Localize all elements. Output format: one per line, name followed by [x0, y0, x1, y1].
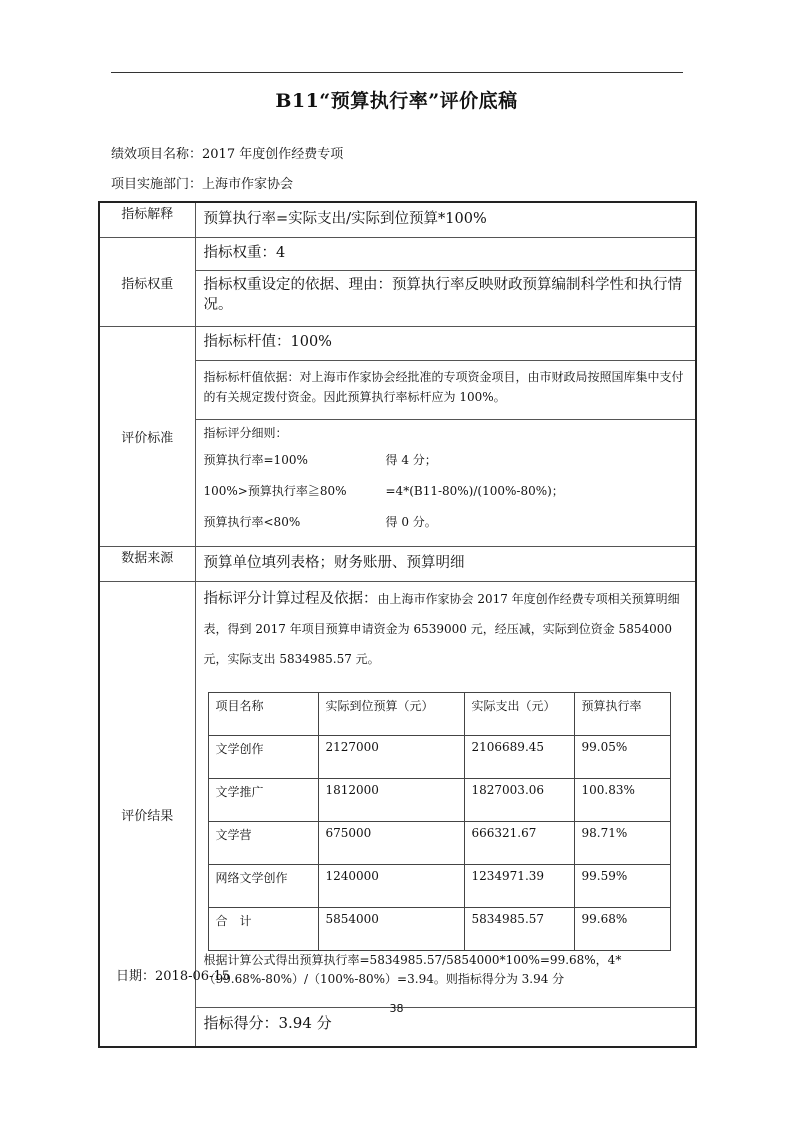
cell-project-name: 文学创作 [208, 736, 318, 779]
benchmark-value: 指标标杆值：100% [195, 327, 696, 361]
header-cell: 项目名称 [208, 693, 318, 736]
cell-rate: 98.71% [574, 822, 670, 865]
row-data-source: 数据来源 预算单位填列表格；财务账册、预算明细 [99, 547, 696, 582]
calc-paragraph: 指标评分计算过程及依据：由上海市作家协会 2017 年度创作经费专项相关预算明细… [204, 584, 688, 674]
data-source-value: 预算单位填列表格；财务账册、预算明细 [195, 547, 696, 582]
rule-condition: 预算执行率<80% [204, 513, 386, 530]
cell-budget: 675000 [318, 822, 464, 865]
rule-score: 得 4 分； [386, 451, 437, 468]
cell-rate: 99.59% [574, 865, 670, 908]
evaluation-result-body: 指标评分计算过程及依据：由上海市作家协会 2017 年度创作经费专项相关预算明细… [195, 582, 696, 1008]
scoring-rule: 预算执行率=100% 得 4 分； [204, 444, 688, 475]
cell-expenditure: 2106689.45 [464, 736, 574, 779]
page-title: B11“预算执行率”评价底稿 [0, 86, 793, 113]
header-cell: 实际支出（元） [464, 693, 574, 736]
cell-project-name: 合 计 [208, 908, 318, 951]
row-indicator-explanation: 指标解释 预算执行率=实际支出/实际到位预算*100% [99, 202, 696, 238]
label-data-source: 数据来源 [99, 547, 195, 582]
rule-score: =4*(B11-80%)/(100%-80%)； [386, 482, 564, 499]
rule-condition: 预算执行率=100% [204, 451, 386, 468]
evaluation-table: 指标解释 预算执行率=实际支出/实际到位预算*100% 指标权重 指标权重：4 … [98, 201, 697, 1048]
table-row: 文学创作 2127000 2106689.45 99.05% [208, 736, 670, 779]
project-name: 绩效项目名称：2017 年度创作经费专项 [111, 143, 343, 162]
header-rule [111, 72, 683, 73]
indicator-weight-value: 指标权重：4 [195, 238, 696, 271]
implementing-department: 项目实施部门：上海市作家协会 [111, 173, 293, 192]
cell-budget: 5854000 [318, 908, 464, 951]
cell-project-name: 文学营 [208, 822, 318, 865]
indicator-explanation-value: 预算执行率=实际支出/实际到位预算*100% [195, 202, 696, 238]
cell-rate: 100.83% [574, 779, 670, 822]
row-indicator-weight: 指标权重 指标权重：4 [99, 238, 696, 271]
cell-budget: 1240000 [318, 865, 464, 908]
date: 日期：2018-06-15 [116, 965, 230, 984]
inner-table-header: 项目名称 实际到位预算（元） 实际支出（元） 预算执行率 [208, 693, 670, 736]
scoring-rules: 指标评分细则： 预算执行率=100% 得 4 分； 100%>预算执行率≧80%… [195, 420, 696, 547]
calc-heading: 指标评分计算过程及依据： [204, 591, 378, 607]
header-cell: 实际到位预算（元） [318, 693, 464, 736]
cell-expenditure: 1234971.39 [464, 865, 574, 908]
label-indicator-explanation: 指标解释 [99, 202, 195, 238]
scoring-rule: 预算执行率<80% 得 0 分。 [204, 506, 688, 537]
cell-rate: 99.68% [574, 908, 670, 951]
cell-budget: 1812000 [318, 779, 464, 822]
cell-budget: 2127000 [318, 736, 464, 779]
scoring-title: 指标评分细则： [204, 420, 688, 444]
cell-expenditure: 1827003.06 [464, 779, 574, 822]
rule-condition: 100%>预算执行率≧80% [204, 482, 386, 499]
cell-expenditure: 666321.67 [464, 822, 574, 865]
label-evaluation-standard: 评价标准 [99, 327, 195, 547]
header-cell: 预算执行率 [574, 693, 670, 736]
row-evaluation-result: 评价结果 指标评分计算过程及依据：由上海市作家协会 2017 年度创作经费专项相… [99, 582, 696, 1008]
table-row-total: 合 计 5854000 5834985.57 99.68% [208, 908, 670, 951]
cell-rate: 99.05% [574, 736, 670, 779]
row-evaluation-standard: 评价标准 指标标杆值：100% [99, 327, 696, 361]
budget-detail-table: 项目名称 实际到位预算（元） 实际支出（元） 预算执行率 文学创作 212700… [208, 692, 671, 951]
table-row: 网络文学创作 1240000 1234971.39 99.59% [208, 865, 670, 908]
page-number: 38 [0, 1002, 793, 1015]
label-indicator-weight: 指标权重 [99, 238, 195, 327]
scoring-rule: 100%>预算执行率≧80% =4*(B11-80%)/(100%-80%)； [204, 475, 688, 506]
rule-score: 得 0 分。 [386, 513, 437, 530]
indicator-weight-basis: 指标权重设定的依据、理由：预算执行率反映财政预算编制科学性和执行情况。 [195, 271, 696, 327]
benchmark-basis: 指标标杆值依据：对上海市作家协会经批准的专项资金项目，由市财政局按照国库集中支付… [195, 361, 696, 420]
cell-project-name: 文学推广 [208, 779, 318, 822]
calc-conclusion: 根据计算公式得出预算执行率=5834985.57/5854000*100%=99… [204, 951, 688, 1007]
cell-expenditure: 5834985.57 [464, 908, 574, 951]
table-row: 文学推广 1812000 1827003.06 100.83% [208, 779, 670, 822]
cell-project-name: 网络文学创作 [208, 865, 318, 908]
table-row: 文学营 675000 666321.67 98.71% [208, 822, 670, 865]
